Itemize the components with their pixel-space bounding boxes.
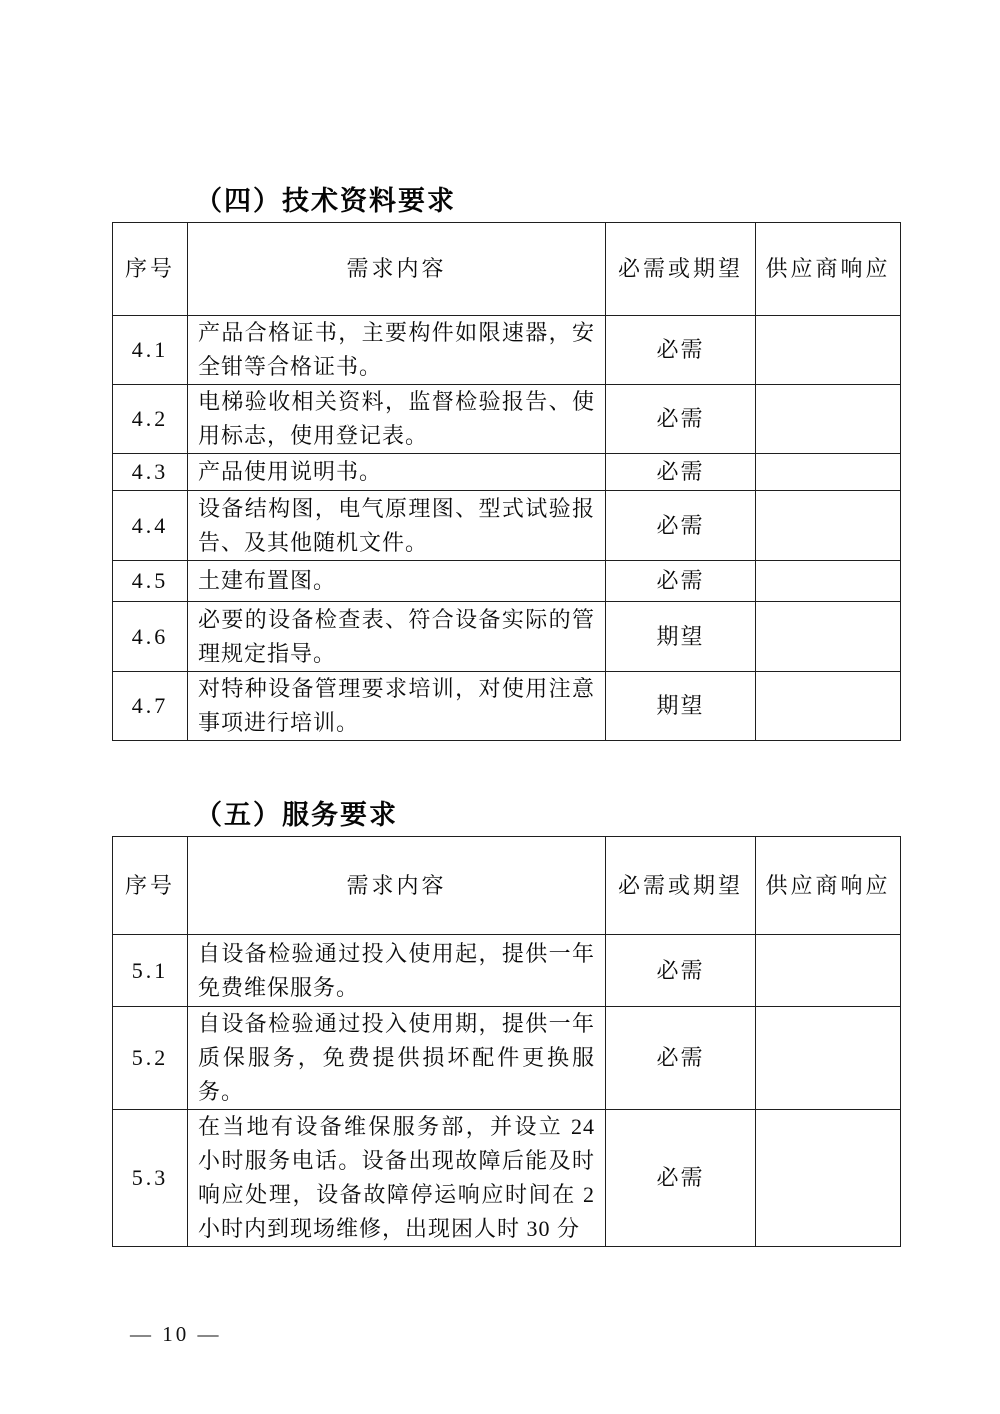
row-requirement-cell: 必需 [606, 1007, 756, 1110]
row-requirement-cell: 必需 [606, 561, 756, 602]
row-index-cell: 4.2 [113, 385, 188, 454]
row-response-cell [756, 454, 901, 491]
table-row: 5.2 自设备检验通过投入使用期，提供一年质保服务，免费提供损坏配件更换服务。 … [113, 1007, 901, 1110]
row-response-cell [756, 1110, 901, 1247]
technical-documents-table: 序号 需求内容 必需或期望 供应商响应 4.1 产品合格证书，主要构件如限速器，… [112, 222, 901, 741]
header-requirement: 必需或期望 [606, 223, 756, 316]
row-index-cell: 4.5 [113, 561, 188, 602]
table-row: 4.4 设备结构图，电气原理图、型式试验报告、及其他随机文件。 必需 [113, 491, 901, 561]
row-response-cell [756, 672, 901, 741]
row-requirement-cell: 必需 [606, 385, 756, 454]
row-content-cell: 产品使用说明书。 [188, 454, 606, 491]
row-response-cell [756, 316, 901, 385]
row-index-cell: 5.3 [113, 1110, 188, 1247]
row-response-cell [756, 935, 901, 1007]
row-index-cell: 4.1 [113, 316, 188, 385]
header-index: 序号 [113, 837, 188, 935]
row-index-cell: 4.7 [113, 672, 188, 741]
row-requirement-cell: 期望 [606, 602, 756, 672]
row-index-cell: 5.2 [113, 1007, 188, 1110]
row-requirement-cell: 必需 [606, 454, 756, 491]
row-content-cell: 设备结构图，电气原理图、型式试验报告、及其他随机文件。 [188, 491, 606, 561]
row-content-cell: 土建布置图。 [188, 561, 606, 602]
document-page: （四）技术资料要求 序号 需求内容 必需或期望 供应商响应 4.1 产品合格证书… [0, 0, 1000, 1414]
row-content-cell: 在当地有设备维保服务部，并设立 24 小时服务电话。设备出现故障后能及时响应处理… [188, 1110, 606, 1247]
table-row: 4.3 产品使用说明书。 必需 [113, 454, 901, 491]
header-response: 供应商响应 [756, 223, 901, 316]
row-response-cell [756, 561, 901, 602]
header-content: 需求内容 [188, 837, 606, 935]
table-row: 4.6 必要的设备检查表、符合设备实际的管理规定指导。 期望 [113, 602, 901, 672]
row-index-cell: 5.1 [113, 935, 188, 1007]
row-requirement-cell: 必需 [606, 316, 756, 385]
table-row: 4.7 对特种设备管理要求培训，对使用注意事项进行培训。 期望 [113, 672, 901, 741]
row-response-cell [756, 491, 901, 561]
header-content: 需求内容 [188, 223, 606, 316]
row-requirement-cell: 期望 [606, 672, 756, 741]
row-content-cell: 必要的设备检查表、符合设备实际的管理规定指导。 [188, 602, 606, 672]
row-response-cell [756, 385, 901, 454]
row-content-cell: 自设备检验通过投入使用起，提供一年免费维保服务。 [188, 935, 606, 1007]
table-row: 5.1 自设备检验通过投入使用起，提供一年免费维保服务。 必需 [113, 935, 901, 1007]
row-index-cell: 4.6 [113, 602, 188, 672]
row-requirement-cell: 必需 [606, 935, 756, 1007]
row-content-cell: 电梯验收相关资料，监督检验报告、使用标志，使用登记表。 [188, 385, 606, 454]
row-requirement-cell: 必需 [606, 491, 756, 561]
row-response-cell [756, 602, 901, 672]
header-response: 供应商响应 [756, 837, 901, 935]
row-content-cell: 对特种设备管理要求培训，对使用注意事项进行培训。 [188, 672, 606, 741]
row-index-cell: 4.4 [113, 491, 188, 561]
row-response-cell [756, 1007, 901, 1110]
section-title-service-requirements: （五）服务要求 [195, 799, 1000, 831]
row-content-cell: 自设备检验通过投入使用期，提供一年质保服务，免费提供损坏配件更换服务。 [188, 1007, 606, 1110]
row-index-cell: 4.3 [113, 454, 188, 491]
table-header-row: 序号 需求内容 必需或期望 供应商响应 [113, 837, 901, 935]
service-requirements-table: 序号 需求内容 必需或期望 供应商响应 5.1 自设备检验通过投入使用起，提供一… [112, 836, 901, 1247]
row-requirement-cell: 必需 [606, 1110, 756, 1247]
header-index: 序号 [113, 223, 188, 316]
table-header-row: 序号 需求内容 必需或期望 供应商响应 [113, 223, 901, 316]
page-number: — 10 — [130, 1322, 1000, 1347]
table-row: 5.3 在当地有设备维保服务部，并设立 24 小时服务电话。设备出现故障后能及时… [113, 1110, 901, 1247]
table-row: 4.1 产品合格证书，主要构件如限速器，安全钳等合格证书。 必需 [113, 316, 901, 385]
table-row: 4.2 电梯验收相关资料，监督检验报告、使用标志，使用登记表。 必需 [113, 385, 901, 454]
header-requirement: 必需或期望 [606, 837, 756, 935]
table-row: 4.5 土建布置图。 必需 [113, 561, 901, 602]
section-title-technical-documents: （四）技术资料要求 [195, 185, 1000, 217]
row-content-cell: 产品合格证书，主要构件如限速器，安全钳等合格证书。 [188, 316, 606, 385]
